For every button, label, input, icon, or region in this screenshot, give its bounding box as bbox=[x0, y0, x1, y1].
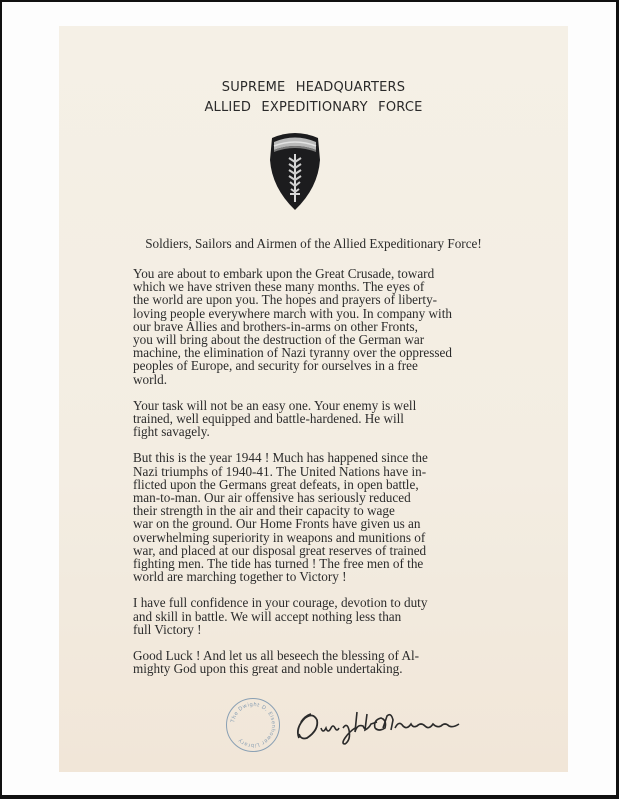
document-page: SUPREME HEADQUARTERS ALLIED EXPEDITIONAR… bbox=[59, 26, 568, 772]
salutation: Soldiers, Sailors and Airmen of the Alli… bbox=[59, 236, 568, 252]
svg-text:The Dwight D. Eisenhower Libra: The Dwight D. Eisenhower Library bbox=[230, 702, 276, 748]
library-stamp: The Dwight D. Eisenhower Library bbox=[226, 698, 280, 752]
paragraph: Good Luck ! And let us all beseech the b… bbox=[133, 649, 493, 675]
header-line-2: ALLIED EXPEDITIONARY FORCE bbox=[59, 100, 568, 115]
stamp-text: The Dwight D. Eisenhower Library bbox=[230, 702, 276, 748]
paragraph: You are about to embark upon the Great C… bbox=[133, 267, 493, 386]
signature bbox=[291, 698, 491, 748]
message-body: You are about to embark upon the Great C… bbox=[133, 267, 493, 688]
header-line-1: SUPREME HEADQUARTERS bbox=[59, 80, 568, 95]
paragraph: But this is the year 1944 ! Much has hap… bbox=[133, 451, 493, 583]
paragraph: Your task will not be an easy one. Your … bbox=[133, 399, 493, 439]
shaef-insignia-icon bbox=[268, 130, 322, 212]
outer-frame: SUPREME HEADQUARTERS ALLIED EXPEDITIONAR… bbox=[2, 2, 616, 795]
paragraph: I have full confidence in your courage, … bbox=[133, 596, 493, 636]
